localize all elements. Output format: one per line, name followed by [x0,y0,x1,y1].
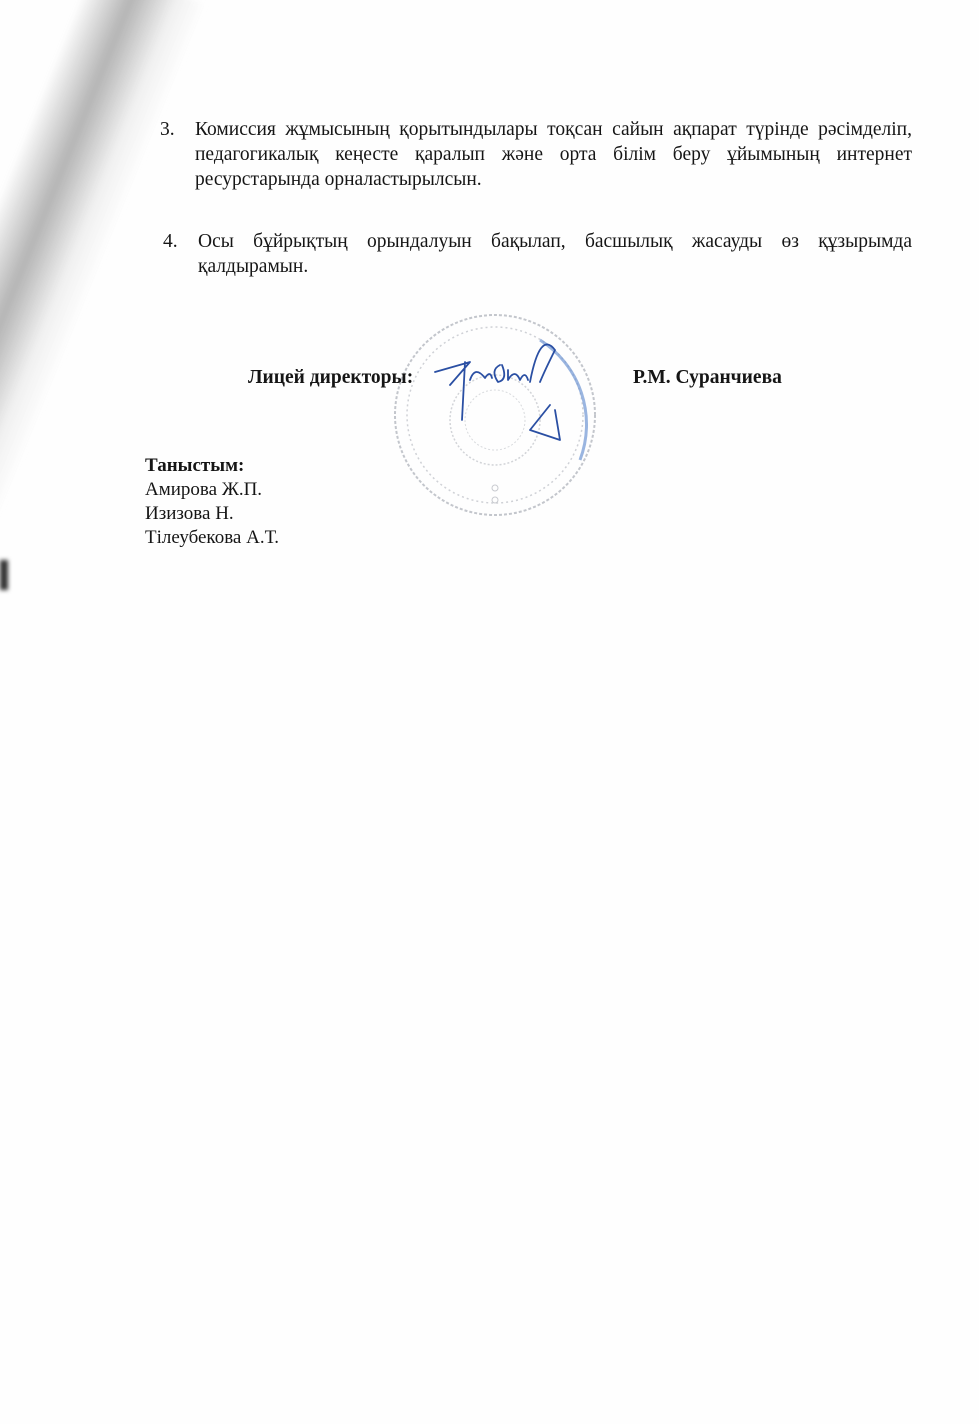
scan-edge-mark [0,560,8,590]
acknowledgement-block: Таныстым: Амирова Ж.П. Изизова Н. Тілеуб… [145,454,279,550]
order-item-4: 4. Осы бұйрықтың орындалуын бақылап, бас… [163,229,912,279]
signatory-name: Р.М. Суранчиева [633,367,782,389]
signatory-title: Лицей директоры: [248,367,413,389]
item-text: Комиссия жұмысының қорытындылары тоқсан … [195,117,912,192]
acknowledged-person: Изизова Н. [145,502,279,526]
acknowledgement-heading: Таныстым: [145,454,279,478]
acknowledged-person: Тілеубекова А.Т. [145,526,279,550]
document-page: 3. Комиссия жұмысының қорытындылары тоқс… [0,0,979,1424]
item-number: 3. [160,117,175,142]
official-stamp-icon [390,310,600,520]
acknowledged-person: Амирова Ж.П. [145,478,279,502]
scan-edge-shadow [0,0,206,710]
item-text: Осы бұйрықтың орындалуын бақылап, басшыл… [198,229,912,279]
item-number: 4. [163,229,178,254]
order-item-3: 3. Комиссия жұмысының қорытындылары тоқс… [160,117,912,192]
